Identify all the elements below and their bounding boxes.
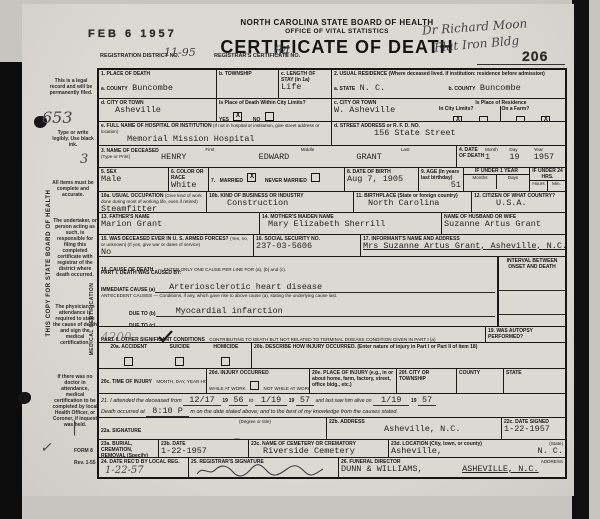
- field-date-received: 24. DATE REC'D BY LOCAL REG. 1-22-57: [99, 458, 189, 477]
- handwritten-scribble: 4200: [101, 330, 132, 342]
- registrar-signature-scribble: [195, 463, 325, 477]
- field-citizen: 12. CITIZEN OF WHAT COUNTRY? U.S.A.: [472, 192, 565, 212]
- handwritten-stroke: |: [72, 418, 77, 436]
- checkbox-death-city-yes: X: [233, 112, 242, 121]
- length-of-stay-value: Life: [281, 83, 329, 92]
- field-usual-residence: 2. USUAL RESIDENCE (Where deceased lived…: [332, 70, 565, 98]
- sex-value: Male: [101, 175, 166, 184]
- last-alive-value: 1/19: [373, 395, 409, 406]
- row-city: d. CITY OR TOWN Asheville Is Place of De…: [99, 98, 565, 121]
- in-city-limits-label: In City Limits?: [439, 106, 501, 112]
- field-informant: 17. INFORMANT'S NAME AND ADDRESS Mrs Suz…: [361, 235, 565, 256]
- months-label: Months: [464, 175, 497, 189]
- hospital-value: Memorial Mission Hospital: [101, 135, 329, 144]
- checkbox-while-at-work: [250, 381, 259, 390]
- father-name-value: Marion Grant: [101, 220, 257, 229]
- field-injury-occurred: 20d. INJURY OCCURRED WHILE AT WORK NOT W…: [207, 369, 310, 393]
- antecedent-causes-note: ANTECEDENT CAUSES — Conditions, if any, …: [99, 293, 497, 302]
- last-saw-text: and last saw him alive on: [316, 398, 372, 404]
- due-to-b-label: DUE TO (b): [129, 311, 156, 317]
- field-death-city: d. CITY OR TOWN Asheville: [99, 99, 217, 121]
- checkbox-death-city-no: [265, 112, 274, 121]
- death-occurred-rest: m on the date stated above; and to the b…: [190, 409, 398, 415]
- min-label: Min.: [548, 181, 565, 191]
- burial-location-value: Asheville,: [391, 447, 491, 456]
- printed-19-a: 19: [222, 398, 228, 404]
- field-spouse-name: NAME OF HUSBAND OR WIFE Suzanne Artus Gr…: [442, 213, 565, 234]
- field-death-city-limits: Is Place of Death Within City Limits? YE…: [217, 99, 332, 121]
- spouse-name-value: Suzanne Artus Grant: [444, 220, 563, 229]
- field-injury-state: STATE: [504, 369, 565, 393]
- funeral-director-value: DUNN & WILLIAMS,: [341, 465, 462, 474]
- field-hospital: e. FULL NAME OF HOSPITAL OR INSTITUTION …: [99, 122, 332, 145]
- margin-note-type: Type or write legibly. Use black ink.: [50, 130, 96, 148]
- certificate-number-stamp: 206: [522, 48, 548, 64]
- row-attendance-statement: 21. I attended the deceased from 12/17 1…: [99, 393, 565, 417]
- field-race: 6. COLOR OR RACE White: [169, 168, 209, 191]
- age-value: 51: [421, 181, 461, 190]
- field-ssn: 16. SOCIAL SECURITY NO. 237-03-5606: [254, 235, 361, 256]
- handwritten-check-mark: [157, 330, 173, 342]
- homicide-label: HOMICIDE: [203, 344, 249, 350]
- middle-name-value: EDWARD: [259, 153, 357, 162]
- row-sex-race-marital: 5. SEX Male 6. COLOR OR RACE White 7. MA…: [99, 167, 565, 191]
- checkbox-suicide: [175, 357, 184, 366]
- field-injury-county: COUNTY: [457, 369, 504, 393]
- field-injury-city: 20f. CITY OR TOWNSHIP: [397, 369, 457, 393]
- hours-label: Hours: [530, 181, 548, 191]
- field-street-address: d. STREET ADDRESS or R. F. D. NO. 156 St…: [332, 122, 565, 145]
- field-date-of-death: 4. DATE OF DEATH Month 1 Day 19 Year 195…: [457, 146, 565, 167]
- autopsy-label: 19. WAS AUTOPSY PERFORMED?: [488, 328, 563, 340]
- interval-line-b: [499, 314, 565, 315]
- field-industry: 10b. KIND OF BUSINESS OR INDUSTRY Constr…: [207, 192, 354, 212]
- residence-county-label: b. COUNTY: [449, 86, 476, 92]
- field-time-of-injury: 20c. TIME OF INJURY MONTH, DAY, YEAR HOU…: [99, 369, 207, 393]
- marital-number: 7.: [211, 178, 215, 184]
- field-township: b. TOWNSHIP: [217, 70, 279, 98]
- death-time-value: 8:10 P: [146, 406, 189, 417]
- yes-label: YES: [219, 117, 229, 121]
- checkbox-farm-yes: [516, 116, 525, 121]
- field-attendance-statement: 21. I attended the deceased from 12/17 1…: [99, 394, 565, 417]
- industry-value: Construction: [209, 199, 351, 208]
- field-autopsy: 19. WAS AUTOPSY PERFORMED? YES NO X: [486, 327, 565, 342]
- field-funeral-director: 26. FUNERAL DIRECTOR DUNN & WILLIAMS, AD…: [339, 458, 565, 477]
- handwritten-checkmark: ✓: [40, 440, 52, 456]
- time-of-injury-sub: MONTH, DAY, YEAR HOUR: [156, 379, 207, 384]
- row-occupation: 10a. USUAL OCCUPATION (Give kind of work…: [99, 191, 565, 212]
- checkbox-farm-no: X: [541, 116, 550, 121]
- row-name-dod: 3. NAME OF DECEASED (Type or Print) Firs…: [99, 145, 565, 167]
- race-value: White: [171, 181, 206, 190]
- residence-state-value: N. C.: [360, 83, 386, 93]
- degree-or-title-label: (Degree or title): [239, 419, 271, 425]
- row-part2-autopsy: PART II. OTHER SIGNIFICANT CONDITIONS CO…: [99, 326, 565, 342]
- citizen-value: U.S.A.: [474, 199, 563, 208]
- suicide-label: SUICIDE: [157, 344, 203, 350]
- checkbox-homicide: [221, 357, 230, 366]
- describe-injury-label: 20b. DESCRIBE HOW INJURY OCCURRED. (Ente…: [254, 344, 563, 350]
- death-city-limits-label: Is Place of Death Within City Limits?: [219, 100, 329, 106]
- checkbox-never-married: [311, 173, 320, 182]
- field-part2: PART II. OTHER SIGNIFICANT CONDITIONS CO…: [99, 327, 486, 342]
- part2-instruction: CONTRIBUTING TO DEATH BUT NOT RELATED TO…: [209, 337, 435, 342]
- county-value: Buncombe: [132, 83, 173, 93]
- armed-forces-value: No: [101, 248, 251, 256]
- scan-left-black-band: [0, 62, 22, 519]
- death-city-value: Asheville: [101, 106, 214, 115]
- margin-note-complete: All items must be complete and accurate.: [50, 180, 96, 198]
- field-place-of-injury: 20e. PLACE OF INJURY (e.g., in or about …: [310, 369, 397, 393]
- ssn-value: 237-03-5606: [256, 242, 358, 251]
- registrar-certificate-value: 84: [274, 44, 291, 59]
- row-accident: 20a. ACCIDENT SUICIDE HOMICIDE 20b. DESC…: [99, 342, 565, 368]
- under-24-hrs-label: IF UNDER 24 HRS.: [530, 168, 565, 181]
- township-label: b. TOWNSHIP: [219, 71, 276, 77]
- medical-certification-vertical-label: MEDICAL CERTIFICATION: [89, 259, 95, 379]
- cemetery-value: Riverside Cemetery: [251, 447, 386, 456]
- field-place-of-death-county: 1. PLACE OF DEATH a. COUNTY Buncombe: [99, 70, 217, 98]
- certificate-form: 1. PLACE OF DEATH a. COUNTY Buncombe b. …: [97, 68, 567, 479]
- place-of-injury-label: 20e. PLACE OF INJURY (e.g., in or about …: [312, 370, 394, 388]
- days-label: Days: [497, 175, 529, 189]
- immediate-cause-value: Arteriosclerotic heart disease: [155, 283, 495, 293]
- physician-signature-value: Richard Y. Moon M. D.: [109, 433, 324, 439]
- field-length-of-stay: c. LENGTH OF STAY (in 1a) Life: [279, 70, 332, 98]
- type-or-print-note: (Type or Print): [101, 154, 159, 160]
- married-label: MARRIED: [220, 178, 243, 184]
- field-physician-signature: 22a. SIGNATURE (Degree or title) Richard…: [99, 418, 327, 439]
- date-signed-value: 1-22-1957: [504, 425, 563, 434]
- field-cause-of-death: 18. CAUSE OF DEATH — ENTER ONLY ONE CAUS…: [99, 257, 498, 326]
- field-burial-location: 23d. LOCATION (City, town, or county) As…: [389, 440, 565, 457]
- field-marital-status: 7. MARRIED X NEVER MARRIED WIDOWED DIVOR…: [209, 168, 345, 191]
- row-place-residence-top: 1. PLACE OF DEATH a. COUNTY Buncombe b. …: [99, 70, 565, 98]
- certificate-paper: FEB 6 1957 NORTH CAROLINA STATE BOARD OF…: [22, 4, 574, 496]
- field-date-signed: 22c. DATE SIGNED 1-22-1957: [502, 418, 565, 439]
- attended-text-1: 21. I attended the deceased from: [101, 398, 182, 404]
- row-service-ssn-informant: 15. WAS DECEASED EVER IN U. S. ARMED FOR…: [99, 234, 565, 256]
- printed-19-b: 19: [289, 398, 295, 404]
- funeral-director-address-value: ASHEVILLE, N.C.: [462, 465, 563, 474]
- row-cause-of-death: 18. CAUSE OF DEATH — ENTER ONLY ONE CAUS…: [99, 256, 565, 326]
- residence-county-value: Buncombe: [480, 83, 521, 93]
- birthplace-value: North Carolina: [356, 199, 469, 208]
- residence-state-label: a. STATE: [334, 86, 355, 92]
- occupation-value: Steamfitter: [101, 205, 204, 212]
- handwritten-653: 653: [42, 108, 73, 127]
- attended-to-year: 57: [296, 395, 314, 406]
- margin-note-legal: This is a legal record and will be perma…: [48, 78, 94, 96]
- dod-day-value: 19: [509, 153, 533, 162]
- not-while-at-work-label: NOT WHILE AT WORK: [264, 386, 311, 391]
- burial-date-value: 1-22-1957: [161, 447, 246, 456]
- mother-name-value: Mary Elizabeth Sherrill: [262, 220, 439, 229]
- due-to-b-value: Myocardial infarction: [156, 307, 495, 317]
- row-injury-details: 20c. TIME OF INJURY MONTH, DAY, YEAR HOU…: [99, 368, 565, 393]
- interval-column: INTERVAL BETWEEN ONSET AND DEATH: [498, 257, 565, 326]
- part1-label: PART I. DEATH WAS CAUSED BY:: [99, 270, 497, 279]
- dod-month-value: 1: [485, 153, 509, 162]
- row-parents-spouse: 13. FATHER'S NAME Marion Grant 14. MOTHE…: [99, 212, 565, 234]
- field-age: 9. AGE (In years last birthday) 51: [419, 168, 464, 191]
- injury-city-label: 20f. CITY OR TOWNSHIP: [399, 370, 454, 382]
- checkbox-married: X: [247, 173, 256, 182]
- on-a-farm-label: On a Farm?: [501, 106, 563, 112]
- field-if-under-24-hrs: IF UNDER 24 HRS. Hours Min.: [530, 168, 565, 191]
- interval-label: INTERVAL BETWEEN ONSET AND DEATH: [499, 257, 565, 270]
- informant-value: Mrs Suzanne Artus Grant, Asheville, N.C.: [363, 242, 563, 251]
- field-registrar-signature: 25. REGISTRAR'S SIGNATURE: [189, 458, 339, 477]
- injury-county-label: COUNTY: [459, 370, 501, 376]
- to-word: to: [249, 398, 253, 404]
- burial-type-label: 23a. BURIAL, CREMATION, REMOVAL (Specify…: [101, 441, 156, 457]
- street-address-value: 156 State Street: [334, 129, 563, 138]
- field-burial-date: 23b. DATE 1-22-1957: [159, 440, 249, 457]
- scan-right-black-band: [572, 0, 589, 519]
- signature-label: 22a. SIGNATURE: [101, 428, 141, 434]
- field-accident-suicide-homicide: 20a. ACCIDENT SUICIDE HOMICIDE: [99, 343, 252, 368]
- physician-address-value: Asheville, N.C.: [329, 425, 499, 434]
- field-mother-name: 14. MOTHER'S MAIDEN NAME Mary Elizabeth …: [260, 213, 442, 234]
- due-to-c-label: DUE TO (c): [129, 323, 155, 326]
- attended-from-value: 12/17: [183, 395, 221, 406]
- field-father-name: 13. FATHER'S NAME Marion Grant: [99, 213, 260, 234]
- field-if-under-1-year: IF UNDER 1 YEAR Months Days: [464, 168, 530, 191]
- dod-year-value: 1957: [534, 153, 563, 162]
- field-cemetery: 23c. NAME OF CEMETERY OR CREMATORY River…: [249, 440, 389, 457]
- field-residence-city: c. CITY OR TOWN W. Asheville Is Place of…: [332, 99, 565, 121]
- county-label: a. COUNTY: [101, 86, 128, 92]
- interval-line-a: [499, 290, 565, 291]
- while-at-work-label: WHILE AT WORK: [209, 386, 246, 391]
- accident-label: 20a. ACCIDENT: [101, 344, 157, 350]
- no-label: NO: [253, 117, 261, 121]
- attended-to-value: 1/19: [255, 395, 287, 406]
- never-married-label: NEVER MARRIED: [265, 178, 307, 184]
- checkbox-res-city-yes: X: [453, 116, 462, 121]
- field-burial-type: 23a. BURIAL, CREMATION, REMOVAL (Specify…: [99, 440, 159, 457]
- checkbox-res-city-no: [479, 116, 488, 121]
- field-armed-forces: 15. WAS DECEASED EVER IN U. S. ARMED FOR…: [99, 235, 254, 256]
- field-occupation: 10a. USUAL OCCUPATION (Give kind of work…: [99, 192, 207, 212]
- first-name-value: HENRY: [161, 153, 259, 162]
- date-of-birth-value: Aug 7, 1905: [347, 175, 416, 184]
- field-sex: 5. SEX Male: [99, 168, 169, 191]
- row-registrar: 24. DATE REC'D BY LOCAL REG. 1-22-57 25.…: [99, 457, 565, 477]
- registration-district-value: 11-95: [164, 46, 196, 59]
- row-burial: 23a. BURIAL, CREMATION, REMOVAL (Specify…: [99, 439, 565, 457]
- row-hospital-street: e. FULL NAME OF HOSPITAL OR INSTITUTION …: [99, 121, 565, 145]
- burial-state-value: N. C.: [491, 447, 563, 456]
- residence-city-value: W. Asheville: [334, 106, 439, 115]
- field-birthplace: 11. BIRTHPLACE (State or foreign country…: [354, 192, 472, 212]
- stamp-underline: [477, 64, 565, 65]
- field-describe-injury: 20b. DESCRIBE HOW INJURY OCCURRED. (Ente…: [252, 343, 565, 368]
- date-of-death-label: 4. DATE OF DEATH: [459, 147, 485, 166]
- injury-state-label: STATE: [506, 370, 563, 376]
- field-physician-address: 22b. ADDRESS Asheville, N.C.: [327, 418, 502, 439]
- field-date-of-birth: 8. DATE OF BIRTH Aug 7, 1905: [345, 168, 419, 191]
- attended-from-year: 56: [229, 395, 247, 406]
- field-name-of-deceased: 3. NAME OF DECEASED (Type or Print) Firs…: [99, 146, 457, 167]
- injury-occurred-label: 20d. INJURY OCCURRED: [209, 370, 307, 376]
- handwritten-3: 3: [80, 152, 88, 167]
- printed-19-c: 19: [411, 398, 417, 404]
- death-occurred-text: Death occurred at: [101, 409, 145, 415]
- ink-blob: [18, 392, 31, 404]
- time-of-injury-label: 20c. TIME OF INJURY: [101, 379, 152, 385]
- date-received-value: 1-22-57: [105, 465, 186, 476]
- under-1-year-label: IF UNDER 1 YEAR: [464, 168, 529, 175]
- checkbox-accident: [124, 357, 133, 366]
- row-physician-signature: 22a. SIGNATURE (Degree or title) Richard…: [99, 417, 565, 439]
- last-name-value: GRANT: [356, 153, 454, 162]
- last-alive-year: 57: [418, 395, 436, 406]
